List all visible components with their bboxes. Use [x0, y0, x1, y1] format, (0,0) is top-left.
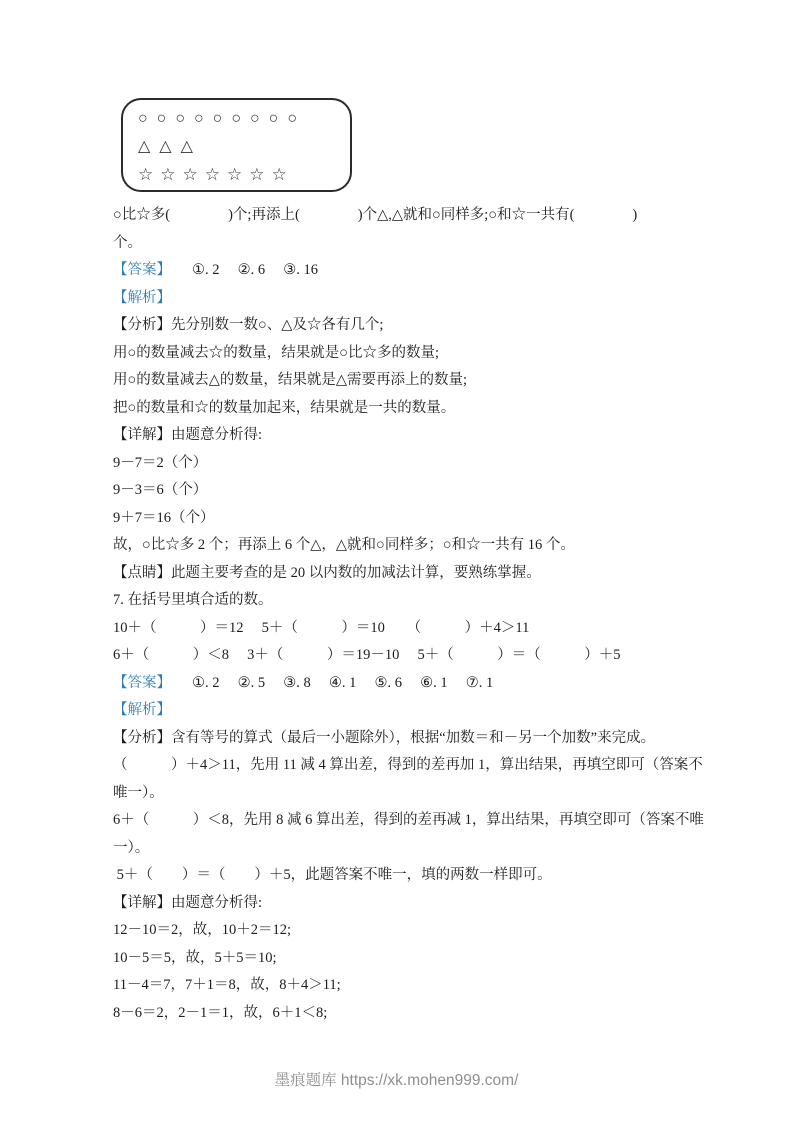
- q7-answer-label: 【答案】: [113, 675, 171, 691]
- line-q7-equation-row-1: 10＋（ ）＝12 5＋（ ）＝10 （ ）＋4＞11: [113, 615, 713, 643]
- line-q7-equation-row-2: 6＋（ ）＜8 3＋（ ）＝19－10 5＋（ ）＝（ ）＋5: [113, 642, 713, 670]
- q7-equation-row-text-2: 6＋（ ）＜8 3＋（ ）＝19－10 5＋（ ）＝（ ）＋5: [113, 647, 621, 663]
- circles-row: ○○○○○○○○○: [138, 105, 350, 133]
- line-q6-equation-2: 9－3＝6（个）: [113, 477, 713, 505]
- q6-answer-values: ①. 2 ②. 6 ③. 16: [192, 262, 318, 278]
- shapes-figure-box: ○○○○○○○○○ △△△ ☆☆☆☆☆☆☆: [121, 98, 352, 192]
- q6-xiangjie-text: 【详解】由题意分析得:: [113, 427, 262, 443]
- q6-fenxi-text-2: 用○的数量减去☆的数量，结果就是○比☆多的数量;: [113, 345, 439, 361]
- q7-fenxi-text-1: 【分析】含有等号的算式（最后一小题除外），根据“加数＝和－另一个加数”来完成。: [113, 730, 655, 746]
- q6-equation-text-2: 9－3＝6（个）: [113, 482, 207, 498]
- q6-conclusion-text: 故，○比☆多 2 个；再添上 6 个△，△就和○同样多；○和☆一共有 16 个。: [113, 537, 575, 553]
- line-q6-equation-3: 9＋7＝16（个）: [113, 505, 713, 533]
- line-q6-dianjing: 【点睛】此题主要考查的是 20 以内数的加减法计算，要熟练掌握。: [113, 560, 713, 588]
- line-q6-stem-2: 个。: [113, 230, 713, 258]
- document-body: ○比☆多( )个;再添上( )个△,△就和○同样多;○和☆一共有( ) 个。 【…: [113, 202, 713, 1027]
- q7-fenxi-text-3a: 6＋（ ）＜8，先用 8 减 6 算出差，得到的差再减 1，算出结果，再填空即可…: [113, 812, 704, 828]
- q7-equation-row-text-1: 10＋（ ）＝12 5＋（ ）＝10 （ ）＋4＞11: [113, 620, 529, 636]
- q7-equation-text-1: 12－10＝2，故，10＋2＝12;: [113, 922, 291, 938]
- line-q6-stem-1: ○比☆多( )个;再添上( )个△,△就和○同样多;○和☆一共有( ): [113, 202, 713, 230]
- q6-stem-text-2: 个。: [113, 235, 142, 251]
- q7-title-text: 7. 在括号里填合适的数。: [113, 592, 273, 608]
- q7-answer-values: ①. 2 ②. 5 ③. 8 ④. 1 ⑤. 6 ⑥. 1 ⑦. 1: [192, 675, 493, 691]
- line-q6-fenxi-1: 【分析】先分别数一数○、△及☆各有几个;: [113, 312, 713, 340]
- q6-dianjing-text: 【点睛】此题主要考查的是 20 以内数的加减法计算，要熟练掌握。: [113, 565, 541, 581]
- line-q6-fenxi-2: 用○的数量减去☆的数量，结果就是○比☆多的数量;: [113, 340, 713, 368]
- q6-jiexi-label: 【解析】: [113, 290, 171, 306]
- q7-fenxi-text-2b: 唯一）。: [113, 785, 164, 801]
- line-q7-title: 7. 在括号里填合适的数。: [113, 587, 713, 615]
- line-q6-fenxi-4: 把○的数量和☆的数量加起来，结果就是一共的数量。: [113, 395, 713, 423]
- q7-xiangjie-text: 【详解】由题意分析得:: [113, 895, 262, 911]
- line-q7-jiexi: 【解析】: [113, 697, 713, 725]
- line-q7-equation-2: 10－5＝5，故，5＋5＝10;: [113, 945, 713, 973]
- line-q7-xiangjie-head: 【详解】由题意分析得:: [113, 890, 713, 918]
- line-q6-fenxi-3: 用○的数量减去△的数量，结果就是△需要再添上的数量;: [113, 367, 713, 395]
- q7-equation-text-3: 11－4＝7，7＋1＝8，故，8＋4＞11;: [113, 977, 341, 993]
- line-q6-conclusion: 故，○比☆多 2 个；再添上 6 个△，△就和○同样多；○和☆一共有 16 个。: [113, 532, 713, 560]
- q6-fenxi-text-1: 【分析】先分别数一数○、△及☆各有几个;: [113, 317, 383, 333]
- q7-jiexi-label: 【解析】: [113, 702, 171, 718]
- q6-answer-label: 【答案】: [113, 262, 171, 278]
- line-q7-fenxi-2b: 唯一）。: [113, 780, 713, 808]
- line-q6-jiexi: 【解析】: [113, 285, 713, 313]
- stars-row: ☆☆☆☆☆☆☆: [138, 161, 350, 189]
- line-q7-fenxi-4: 5＋（ ）＝（ ）＋5，此题答案不唯一，填的两数一样即可。: [113, 862, 713, 890]
- q7-equation-text-2: 10－5＝5，故，5＋5＝10;: [113, 950, 277, 966]
- q7-fenxi-text-3b: 一）。: [113, 840, 149, 856]
- worksheet-page: ○○○○○○○○○ △△△ ☆☆☆☆☆☆☆ ○比☆多( )个;再添上( )个△,…: [0, 0, 793, 1122]
- line-q6-xiangjie-head: 【详解】由题意分析得:: [113, 422, 713, 450]
- line-q7-fenxi-3b: 一）。: [113, 835, 713, 863]
- line-q7-equation-4: 8－6＝2，2－1＝1，故，6＋1＜8;: [113, 1000, 713, 1028]
- line-q6-equation-1: 9－7＝2（个）: [113, 450, 713, 478]
- line-q7-answer: 【答案】①. 2 ②. 5 ③. 8 ④. 1 ⑤. 6 ⑥. 1 ⑦. 1: [113, 670, 713, 698]
- line-q7-fenxi-2a: （ ）＋4＞11，先用 11 减 4 算出差，得到的差再加 1，算出结果，再填空…: [113, 752, 713, 780]
- q7-fenxi-text-2a: （ ）＋4＞11，先用 11 减 4 算出差，得到的差再加 1，算出结果，再填空…: [113, 757, 703, 773]
- q7-equation-text-4: 8－6＝2，2－1＝1，故，6＋1＜8;: [113, 1005, 327, 1021]
- q6-fenxi-text-3: 用○的数量减去△的数量，结果就是△需要再添上的数量;: [113, 372, 467, 388]
- line-q6-answer: 【答案】①. 2 ②. 6 ③. 16: [113, 257, 713, 285]
- triangles-row: △△△: [138, 133, 350, 161]
- line-q7-fenxi-1: 【分析】含有等号的算式（最后一小题除外），根据“加数＝和－另一个加数”来完成。: [113, 725, 713, 753]
- q7-fenxi-text-4: 5＋（ ）＝（ ）＋5，此题答案不唯一，填的两数一样即可。: [113, 867, 552, 883]
- q6-stem-text-1: ○比☆多( )个;再添上( )个△,△就和○同样多;○和☆一共有( ): [113, 207, 637, 223]
- q6-equation-text-1: 9－7＝2（个）: [113, 455, 207, 471]
- line-q7-equation-3: 11－4＝7，7＋1＝8，故，8＋4＞11;: [113, 972, 713, 1000]
- q6-equation-text-3: 9＋7＝16（个）: [113, 510, 215, 526]
- line-q7-equation-1: 12－10＝2，故，10＋2＝12;: [113, 917, 713, 945]
- line-q7-fenxi-3a: 6＋（ ）＜8，先用 8 减 6 算出差，得到的差再减 1，算出结果，再填空即可…: [113, 807, 713, 835]
- site-footer: 墨痕题库 https://xk.mohen999.com/: [0, 1068, 793, 1090]
- footer-text: 墨痕题库 https://xk.mohen999.com/: [275, 1072, 519, 1089]
- q6-fenxi-text-4: 把○的数量和☆的数量加起来，结果就是一共的数量。: [113, 400, 455, 416]
